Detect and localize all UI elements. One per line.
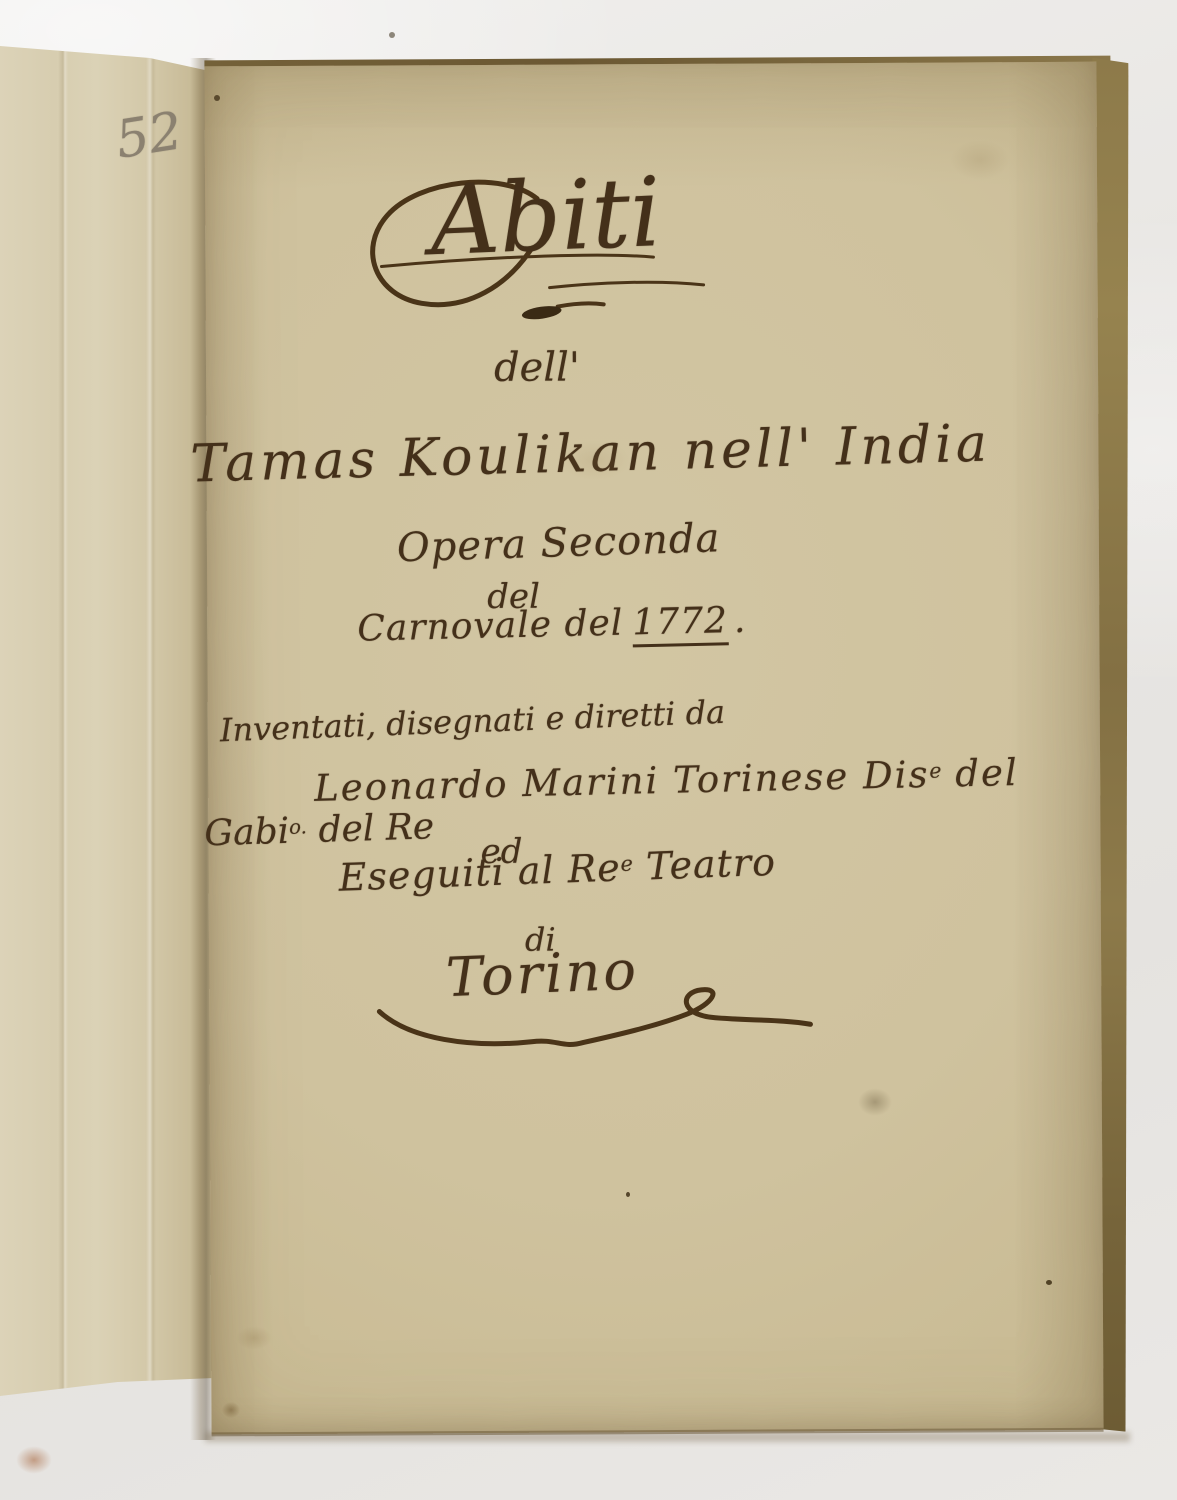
line-dell: dell' bbox=[494, 347, 580, 387]
leonardo-text: Leonardo Marini Torinese Dis bbox=[314, 753, 930, 810]
eseguiti-text: Eseguiti al Re bbox=[338, 845, 622, 899]
line-inventati: Inventati, disegnati e diretti da bbox=[219, 696, 725, 747]
eseguiti-superscript: e bbox=[620, 852, 633, 876]
facing-flyleaf bbox=[0, 0, 214, 1460]
line-gabinetto-del-re: Gabio. del Re bbox=[204, 809, 435, 852]
eseguiti-text-rest: Teatro bbox=[632, 840, 776, 889]
carnovale-period: . bbox=[733, 600, 746, 641]
title-end-dash bbox=[558, 303, 604, 306]
carnovale-year: 1772 bbox=[632, 600, 729, 647]
ink-blot bbox=[521, 304, 562, 322]
line-eseguiti: Eseguiti al Ree Teatro bbox=[338, 843, 777, 897]
flyleaf-crease bbox=[58, 46, 68, 1406]
title-page-paper: Abiti dell' Tamas Koulikan nell' India O… bbox=[204, 62, 1103, 1435]
pencil-folio-number: 52 bbox=[112, 101, 187, 171]
line-tamas-koulikan: Tamas Koulikan nell' India bbox=[190, 418, 992, 491]
gabinetto-text: Gabi bbox=[204, 811, 290, 855]
gabinetto-superscript: o. bbox=[289, 815, 308, 839]
carnovale-prefix: Carnovale del bbox=[357, 603, 624, 650]
line-opera-seconda: Opera Seconda bbox=[396, 518, 721, 568]
paper-speck bbox=[389, 32, 395, 38]
title-strike-line-2 bbox=[550, 282, 704, 288]
gabinetto-text-rest: del Re bbox=[306, 806, 434, 851]
binding-stain bbox=[16, 1446, 52, 1474]
main-title: Abiti bbox=[428, 164, 662, 269]
flyleaf-crease bbox=[146, 46, 156, 1406]
line-torino: Torino bbox=[445, 943, 640, 1005]
leonardo-text-rest: del bbox=[941, 751, 1019, 796]
manuscript-page: Abiti dell' Tamas Koulikan nell' India O… bbox=[204, 56, 1136, 1441]
line-leonardo-marini: Leonardo Marini Torinese Dise del bbox=[314, 754, 1019, 807]
line-carnovale: Carnovale del1772. bbox=[357, 603, 747, 648]
photo-background: Abiti dell' Tamas Koulikan nell' India O… bbox=[0, 0, 1177, 1500]
